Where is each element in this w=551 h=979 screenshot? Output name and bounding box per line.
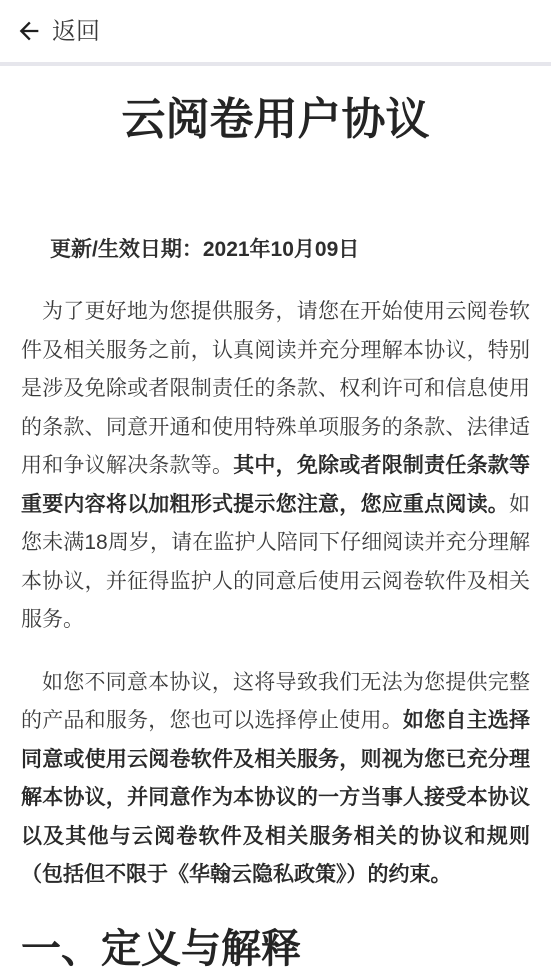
back-arrow-icon xyxy=(15,17,43,45)
paragraph-text-bold: 如您自主选择同意或使用云阅卷软件及相关服务，则视为您已充分理解本协议，并同意作为… xyxy=(21,709,530,886)
agreement-screen: 返回 云阅卷用户协议 更新/生效日期：2021年10月09日 为了更好地为您提供… xyxy=(0,0,551,979)
top-bar: 返回 xyxy=(0,0,551,66)
agreement-paragraph: 如您不同意本协议，这将导致我们无法为您提供完整的产品和服务，您也可以选择停止使用… xyxy=(21,664,530,895)
effective-date: 更新/生效日期：2021年10月09日 xyxy=(50,231,530,270)
agreement-content: 云阅卷用户协议 更新/生效日期：2021年10月09日 为了更好地为您提供服务，… xyxy=(0,94,551,973)
page-title: 云阅卷用户协议 xyxy=(21,94,530,147)
back-button[interactable]: 返回 xyxy=(15,17,100,45)
agreement-paragraphs: 为了更好地为您提供服务，请您在开始使用云阅卷软件及相关服务之前，认真阅读并充分理… xyxy=(21,293,530,895)
back-label: 返回 xyxy=(52,18,100,44)
agreement-paragraph: 为了更好地为您提供服务，请您在开始使用云阅卷软件及相关服务之前，认真阅读并充分理… xyxy=(21,293,530,640)
paragraph-text: 为了更好地为您提供服务，请您在开始使用云阅卷软件及相关服务之前，认真阅读并充分理… xyxy=(21,300,530,477)
section-heading: 一、定义与解释 xyxy=(21,925,530,973)
